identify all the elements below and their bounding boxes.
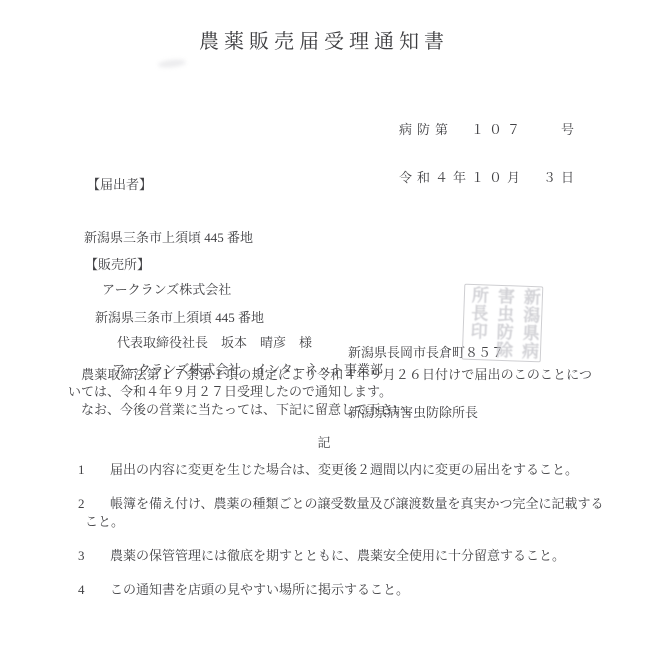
- note-number: 1: [78, 461, 85, 479]
- record-marker: 記: [0, 434, 648, 452]
- document-title: 農薬販売届受理通知書: [0, 29, 648, 56]
- body-paragraph-note: なお、今後の営業に当たっては、下記に留意して下さい。: [68, 401, 592, 418]
- document-meta: 病防第 １０７ 号 令和４年１０月 ３日: [399, 90, 579, 218]
- official-seal: 新潟県病害虫防除所長印: [462, 284, 544, 363]
- note-item: 3農薬の保管管理には徹底を期すとともに、農薬安全使用に十分留意すること。: [85, 547, 605, 565]
- note-number: 2: [78, 495, 85, 513]
- note-text: 届出の内容に変更を生じた場合は、変更後２週間以内に変更の届出をすること。: [110, 462, 578, 477]
- note-number: 3: [78, 547, 85, 565]
- sales-office-address: 新潟県三条市上須頃 445 番地: [95, 309, 383, 327]
- scan-artifact-smudge: [158, 59, 187, 69]
- sales-office-heading: 【販売所】: [85, 256, 383, 274]
- note-item: 4この通知書を店頭の見やすい場所に掲示すること。: [85, 581, 605, 599]
- applicant-heading: 【届出者】: [87, 176, 312, 194]
- body-text: 農薬取締法第１７条第１項の規定により令和４年９月２６日付けで届出のこのことについ…: [68, 366, 592, 418]
- note-item: 2帳簿を備え付け、農薬の種類ごとの譲受数量及び譲渡数量を真実かつ完全に記載するこ…: [85, 495, 605, 531]
- notes-list: 1届出の内容に変更を生じた場合は、変更後２週間以内に変更の届出をすること。 2帳…: [85, 461, 605, 615]
- notification-document-page: 農薬販売届受理通知書 病防第 １０７ 号 令和４年１０月 ３日 【届出者】 新潟…: [0, 0, 648, 648]
- note-text: 帳簿を備え付け、農薬の種類ごとの譲受数量及び譲渡数量を真実かつ完全に記載すること…: [85, 496, 603, 529]
- note-text: この通知書を店頭の見やすい場所に掲示すること。: [110, 582, 409, 597]
- document-number: 病防第 １０７ 号: [399, 122, 579, 138]
- document-date: 令和４年１０月 ３日: [399, 170, 579, 186]
- note-item: 1届出の内容に変更を生じた場合は、変更後２週間以内に変更の届出をすること。: [85, 461, 605, 479]
- body-paragraph-main: 農薬取締法第１７条第１項の規定により令和４年９月２６日付けで届出のこのことについ…: [68, 366, 592, 401]
- official-seal-text: 新潟県病害虫防除所長印: [463, 286, 544, 363]
- note-text: 農薬の保管管理には徹底を期すとともに、農薬安全使用に十分留意すること。: [110, 548, 565, 563]
- note-number: 4: [78, 581, 85, 599]
